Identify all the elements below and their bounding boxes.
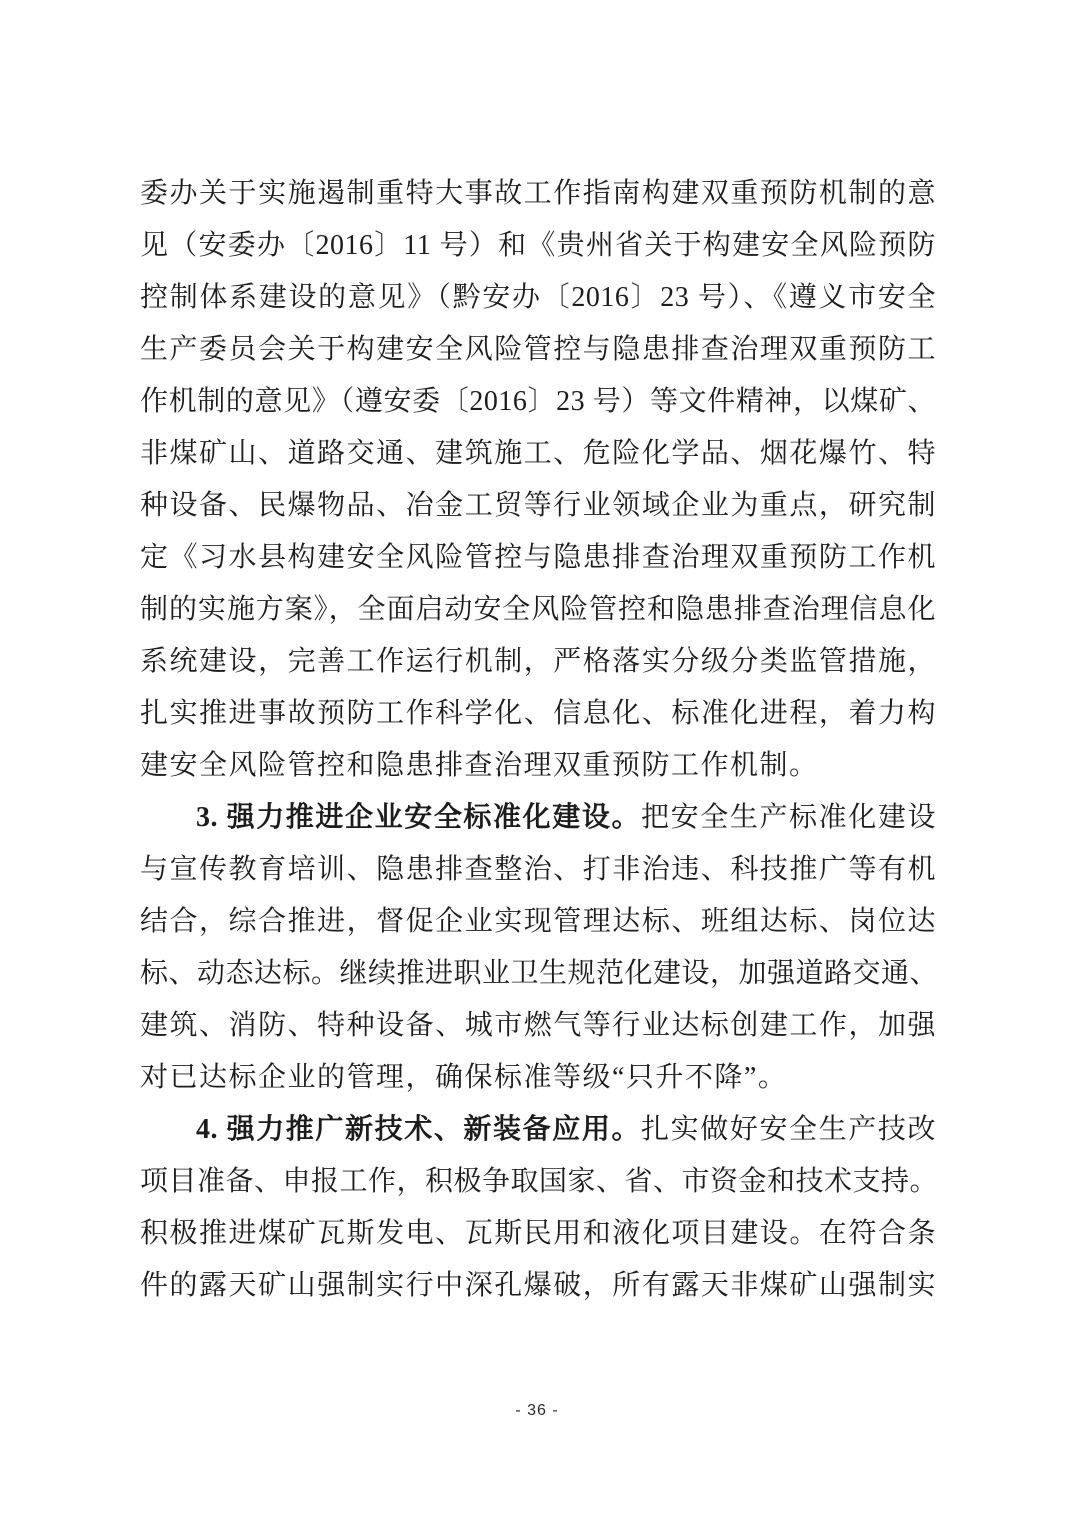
document-line: 建安全风险管控和隐患排查治理双重预防工作机制。 [140, 740, 936, 792]
body-text: 见（安委办〔2016〕11 号）和《贵州省关于构建安全风险预防 [140, 230, 936, 261]
document-line: 见（安委办〔2016〕11 号）和《贵州省关于构建安全风险预防 [140, 220, 936, 272]
document-line: 项目准备、申报工作，积极争取国家、省、市资金和技术支持。 [140, 1156, 936, 1208]
body-text: 对已达标企业的管理，确保标准等级“只升不降”。 [140, 1062, 787, 1093]
body-text: 种设备、民爆物品、冶金工贸等行业领域企业为重点，研究制 [140, 490, 936, 521]
body-text: 作机制的意见》（遵安委〔2016〕23 号）等文件精神，以煤矿、 [140, 386, 936, 417]
document-line: 非煤矿山、道路交通、建筑施工、危险化学品、烟花爆竹、特 [140, 428, 936, 480]
document-line: 4. 强力推广新技术、新装备应用。扎实做好安全生产技改 [140, 1104, 936, 1156]
document-line: 委办关于实施遏制重特大事故工作指南构建双重预防机制的意 [140, 168, 936, 220]
body-text: 系统建设，完善工作运行机制，严格落实分级分类监管措施， [140, 646, 936, 677]
body-text: 制的实施方案》，全面启动安全风险管控和隐患排查治理信息化 [140, 594, 936, 625]
body-text: 建筑、消防、特种设备、城市燃气等行业达标创建工作，加强 [140, 1010, 936, 1041]
document-line: 建筑、消防、特种设备、城市燃气等行业达标创建工作，加强 [140, 1000, 936, 1052]
heading-text: 4. 强力推广新技术、新装备应用。 [196, 1114, 641, 1145]
body-text: 件的露天矿山强制实行中深孔爆破，所有露天非煤矿山强制实 [140, 1270, 936, 1301]
document-line: 与宣传教育培训、隐患排查整治、打非治违、科技推广等有机 [140, 844, 936, 896]
document-line: 生产委员会关于构建安全风险管控与隐患排查治理双重预防工 [140, 324, 936, 376]
document-page: 委办关于实施遏制重特大事故工作指南构建双重预防机制的意见（安委办〔2016〕11… [0, 0, 1074, 1520]
body-text: 结合，综合推进，督促企业实现管理达标、班组达标、岗位达 [140, 906, 936, 937]
body-text: 积极推进煤矿瓦斯发电、瓦斯民用和液化项目建设。在符合条 [140, 1218, 936, 1249]
document-line: 种设备、民爆物品、冶金工贸等行业领域企业为重点，研究制 [140, 480, 936, 532]
document-line: 系统建设，完善工作运行机制，严格落实分级分类监管措施， [140, 636, 936, 688]
document-line: 定《习水县构建安全风险管控与隐患排查治理双重预防工作机 [140, 532, 936, 584]
body-text: 项目准备、申报工作，积极争取国家、省、市资金和技术支持。 [140, 1166, 938, 1197]
body-text: 控制体系建设的意见》（黔安办〔2016〕23 号）、《遵义市安全 [140, 282, 936, 313]
document-line: 标、动态达标。继续推进职业卫生规范化建设，加强道路交通、 [140, 948, 936, 1000]
document-body: 委办关于实施遏制重特大事故工作指南构建双重预防机制的意见（安委办〔2016〕11… [140, 168, 936, 1312]
document-line: 扎实推进事故预防工作科学化、信息化、标准化进程，着力构 [140, 688, 936, 740]
heading-text: 3. 强力推进企业安全标准化建设。 [196, 802, 641, 833]
document-line: 制的实施方案》，全面启动安全风险管控和隐患排查治理信息化 [140, 584, 936, 636]
body-text: 定《习水县构建安全风险管控与隐患排查治理双重预防工作机 [140, 542, 936, 573]
body-text: 生产委员会关于构建安全风险管控与隐患排查治理双重预防工 [140, 334, 936, 365]
document-line: 结合，综合推进，督促企业实现管理达标、班组达标、岗位达 [140, 896, 936, 948]
body-text: 建安全风险管控和隐患排查治理双重预防工作机制。 [140, 750, 819, 781]
body-text: 委办关于实施遏制重特大事故工作指南构建双重预防机制的意 [140, 178, 936, 209]
body-text: 扎实推进事故预防工作科学化、信息化、标准化进程，着力构 [140, 698, 936, 729]
body-text: 扎实做好安全生产技改 [641, 1114, 936, 1145]
body-text: 标、动态达标。继续推进职业卫生规范化建设，加强道路交通、 [140, 958, 938, 989]
document-line: 3. 强力推进企业安全标准化建设。把安全生产标准化建设 [140, 792, 936, 844]
document-line: 积极推进煤矿瓦斯发电、瓦斯民用和液化项目建设。在符合条 [140, 1208, 936, 1260]
page-number: - 36 - [0, 1402, 1074, 1420]
body-text: 非煤矿山、道路交通、建筑施工、危险化学品、烟花爆竹、特 [140, 438, 936, 469]
document-line: 对已达标企业的管理，确保标准等级“只升不降”。 [140, 1052, 936, 1104]
body-text: 与宣传教育培训、隐患排查整治、打非治违、科技推广等有机 [140, 854, 936, 885]
document-line: 作机制的意见》（遵安委〔2016〕23 号）等文件精神，以煤矿、 [140, 376, 936, 428]
body-text: 把安全生产标准化建设 [641, 802, 936, 833]
document-line: 控制体系建设的意见》（黔安办〔2016〕23 号）、《遵义市安全 [140, 272, 936, 324]
document-line: 件的露天矿山强制实行中深孔爆破，所有露天非煤矿山强制实 [140, 1260, 936, 1312]
